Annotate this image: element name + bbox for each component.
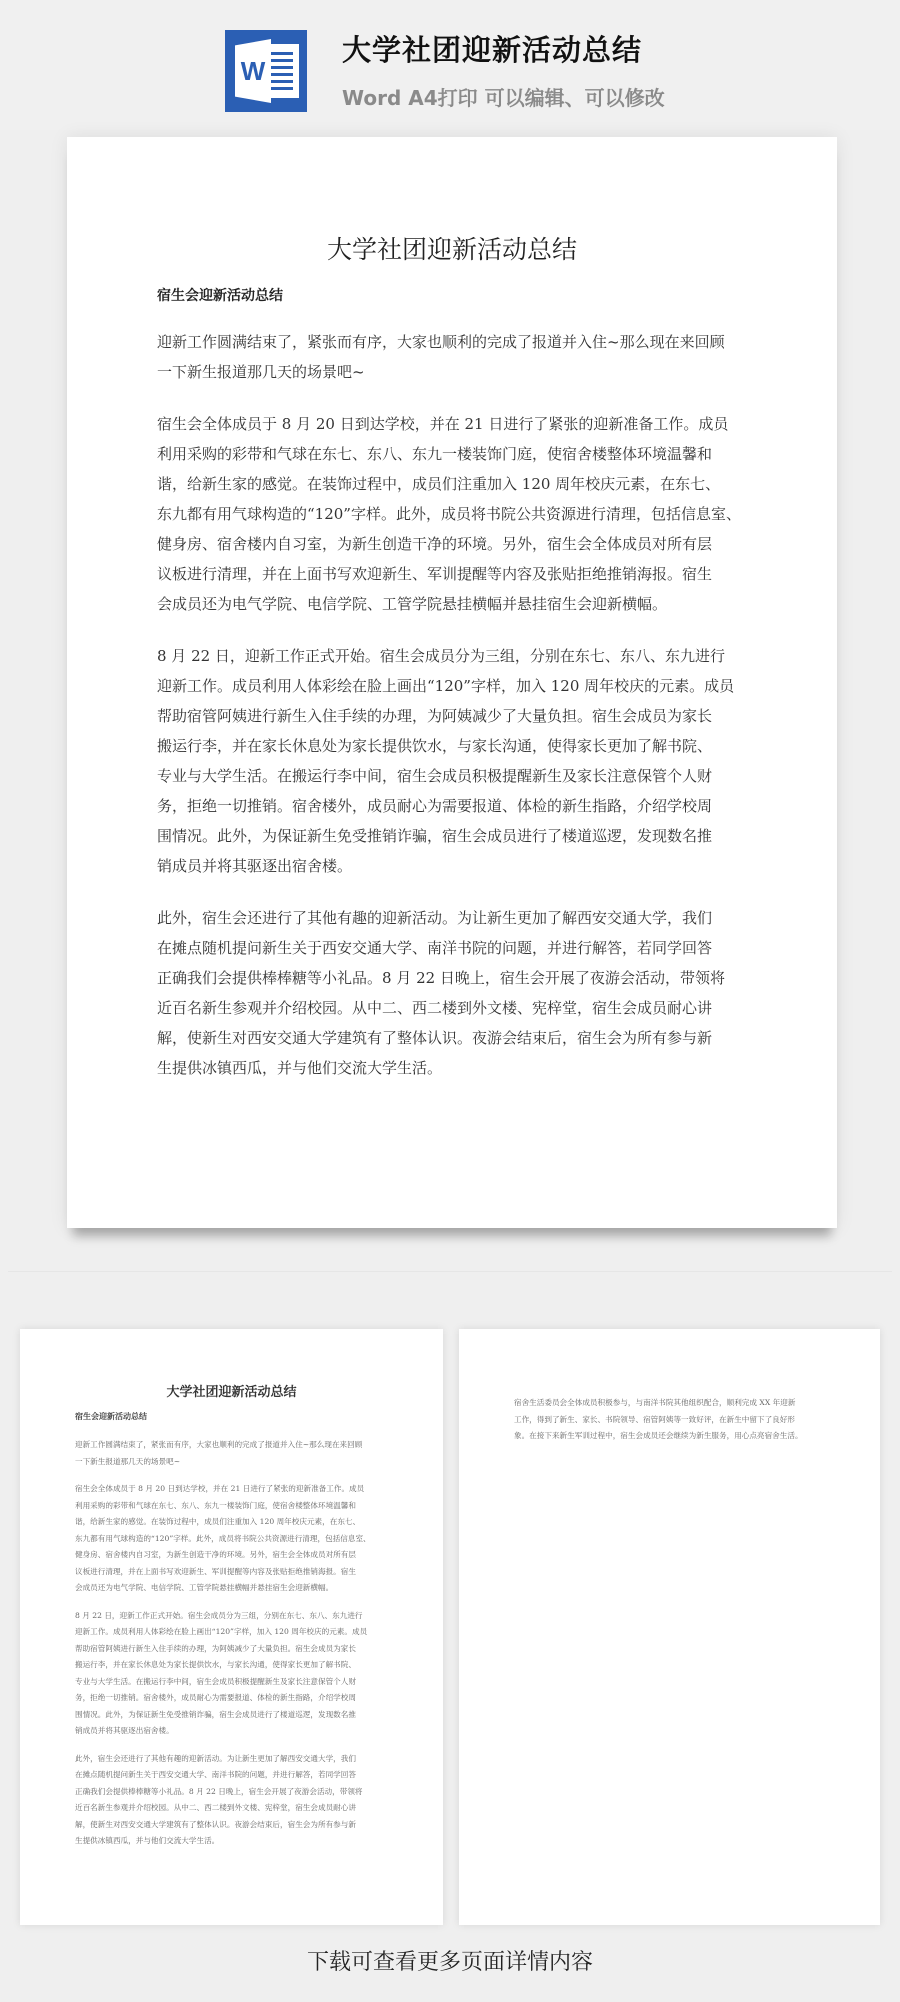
text-line: 谐，给新生家的感觉。在装饰过程中，成员们注重加入 120 周年校庆元素，在东七、: [157, 469, 755, 499]
paragraph: 8 月 22 日，迎新工作正式开始。宿生会成员分为三组，分别在东七、东八、东九进…: [157, 641, 755, 881]
paragraph: 迎新工作圆满结束了，紧张而有序，大家也顺利的完成了报道并入住~那么现在来回顾一下…: [75, 1437, 393, 1470]
page-thumbnail-2[interactable]: 宿舍生活委员会全体成员积极参与，与南洋书院其他组织配合，顺利完成 XX 年迎新工…: [459, 1329, 880, 1925]
text-line: 此外，宿生会还进行了其他有趣的迎新活动。为让新生更加了解西安交通大学，我们: [75, 1751, 393, 1768]
document-body: 迎新工作圆满结束了，紧张而有序，大家也顺利的完成了报道并入住~那么现在来回顾一下…: [157, 327, 755, 1105]
text-line: 一下新生报道那几天的场景吧~: [157, 357, 755, 387]
thumbnail-body: 宿舍生活委员会全体成员积极参与，与南洋书院其他组织配合，顺利完成 XX 年迎新工…: [514, 1395, 832, 1456]
document-title: 大学社团迎新活动总结: [67, 230, 837, 266]
text-line: 象。在接下来新生军训过程中，宿生会成员还会继续为新生服务，用心点亮宿舍生活。: [514, 1428, 832, 1445]
text-line: 宿舍生活委员会全体成员积极参与，与南洋书院其他组织配合，顺利完成 XX 年迎新: [514, 1395, 832, 1412]
text-line: 销成员并将其驱逐出宿舍楼。: [75, 1723, 393, 1740]
text-line: 议板进行清理，并在上面书写欢迎新生、军训提醒等内容及张贴拒绝推销海报。宿生: [157, 559, 755, 589]
text-line: 议板进行清理，并在上面书写欢迎新生、军训提醒等内容及张贴拒绝推销海报。宿生: [75, 1564, 393, 1581]
paragraph: 此外，宿生会还进行了其他有趣的迎新活动。为让新生更加了解西安交通大学，我们在摊点…: [75, 1751, 393, 1850]
text-line: 迎新工作。成员利用人体彩绘在脸上画出“120”字样，加入 120 周年校庆的元素…: [75, 1624, 393, 1641]
text-line: 专业与大学生活。在搬运行李中间，宿生会成员积极提醒新生及家长注意保管个人财: [157, 761, 755, 791]
text-line: 围情况。此外，为保证新生免受推销诈骗，宿生会成员进行了楼道巡逻，发现数名推: [75, 1707, 393, 1724]
text-line: 正确我们会提供棒棒糖等小礼品。8 月 22 日晚上，宿生会开展了夜游会活动，带领…: [157, 963, 755, 993]
text-line: 生提供冰镇西瓜，并与他们交流大学生活。: [157, 1053, 755, 1083]
text-line: 在摊点随机提问新生关于西安交通大学、南洋书院的问题，并进行解答，若同学回答: [75, 1767, 393, 1784]
text-line: 解，使新生对西安交通大学建筑有了整体认识。夜游会结束后，宿生会为所有参与新: [157, 1023, 755, 1053]
header-title: 大学社团迎新活动总结: [342, 28, 642, 69]
paragraph: 迎新工作圆满结束了，紧张而有序，大家也顺利的完成了报道并入住~那么现在来回顾一下…: [157, 327, 755, 387]
paragraph: 宿生会全体成员于 8 月 20 日到达学校，并在 21 日进行了紧张的迎新准备工…: [75, 1481, 393, 1597]
header-subtitle: Word A4打印 可以编辑、可以修改: [342, 82, 665, 111]
text-line: 利用采购的彩带和气球在东七、东八、东九一楼装饰门庭，使宿舍楼整体环境温馨和: [157, 439, 755, 469]
text-line: 谐，给新生家的感觉。在装饰过程中，成员们注重加入 120 周年校庆元素，在东七、: [75, 1514, 393, 1531]
text-line: 8 月 22 日，迎新工作正式开始。宿生会成员分为三组，分别在东七、东八、东九进…: [75, 1608, 393, 1625]
text-line: 东九都有用气球构造的“120”字样。此外，成员将书院公共资源进行清理，包括信息室…: [157, 499, 755, 529]
text-line: 迎新工作圆满结束了，紧张而有序，大家也顺利的完成了报道并入住~那么现在来回顾: [75, 1437, 393, 1454]
text-line: 近百名新生参观并介绍校园。从中二、西二楼到外文楼、宪梓堂，宿生会成员耐心讲: [157, 993, 755, 1023]
text-line: 帮助宿管阿姨进行新生入住手续的办理，为阿姨减少了大量负担。宿生会成员为家长: [157, 701, 755, 731]
download-more-hint: 下载可查看更多页面详情内容: [0, 1945, 900, 1976]
paragraph: 8 月 22 日，迎新工作正式开始。宿生会成员分为三组，分别在东七、东八、东九进…: [75, 1608, 393, 1740]
section-divider: [8, 1271, 892, 1272]
thumbnail-title: 大学社团迎新活动总结: [20, 1381, 443, 1400]
page-thumbnail-1[interactable]: 大学社团迎新活动总结 宿生会迎新活动总结 迎新工作圆满结束了，紧张而有序，大家也…: [20, 1329, 443, 1925]
paragraph: 宿舍生活委员会全体成员积极参与，与南洋书院其他组织配合，顺利完成 XX 年迎新工…: [514, 1395, 832, 1445]
text-line: 解，使新生对西安交通大学建筑有了整体认识。夜游会结束后，宿生会为所有参与新: [75, 1817, 393, 1834]
text-line: 此外，宿生会还进行了其他有趣的迎新活动。为让新生更加了解西安交通大学，我们: [157, 903, 755, 933]
text-line: 宿生会全体成员于 8 月 20 日到达学校，并在 21 日进行了紧张的迎新准备工…: [157, 409, 755, 439]
text-line: 在摊点随机提问新生关于西安交通大学、南洋书院的问题，并进行解答，若同学回答: [157, 933, 755, 963]
text-line: 宿生会全体成员于 8 月 20 日到达学校，并在 21 日进行了紧张的迎新准备工…: [75, 1481, 393, 1498]
thumbnail-subtitle: 宿生会迎新活动总结: [75, 1411, 147, 1422]
text-line: 健身房、宿舍楼内自习室，为新生创造干净的环境。另外，宿生会全体成员对所有层: [75, 1547, 393, 1564]
text-line: 健身房、宿舍楼内自习室，为新生创造干净的环境。另外，宿生会全体成员对所有层: [157, 529, 755, 559]
text-line: 8 月 22 日，迎新工作正式开始。宿生会成员分为三组，分别在东七、东八、东九进…: [157, 641, 755, 671]
paragraph: 此外，宿生会还进行了其他有趣的迎新活动。为让新生更加了解西安交通大学，我们在摊点…: [157, 903, 755, 1083]
text-line: 务，拒绝一切推销。宿舍楼外，成员耐心为需要报道、体检的新生指路，介绍学校周: [157, 791, 755, 821]
text-line: 利用采购的彩带和气球在东七、东八、东九一楼装饰门庭，使宿舍楼整体环境温馨和: [75, 1498, 393, 1515]
paragraph: 宿生会全体成员于 8 月 20 日到达学校，并在 21 日进行了紧张的迎新准备工…: [157, 409, 755, 619]
text-line: 会成员还为电气学院、电信学院、工管学院悬挂横幅并悬挂宿生会迎新横幅。: [75, 1580, 393, 1597]
thumbnail-body: 迎新工作圆满结束了，紧张而有序，大家也顺利的完成了报道并入住~那么现在来回顾一下…: [75, 1437, 393, 1861]
text-line: 正确我们会提供棒棒糖等小礼品。8 月 22 日晚上，宿生会开展了夜游会活动，带领…: [75, 1784, 393, 1801]
word-document-icon: W: [225, 30, 307, 112]
text-line: 会成员还为电气学院、电信学院、工管学院悬挂横幅并悬挂宿生会迎新横幅。: [157, 589, 755, 619]
text-line: 搬运行李，并在家长休息处为家长提供饮水，与家长沟通，使得家长更加了解书院、: [75, 1657, 393, 1674]
text-line: 专业与大学生活。在搬运行李中间，宿生会成员积极提醒新生及家长注意保管个人财: [75, 1674, 393, 1691]
word-letter: W: [237, 56, 269, 87]
text-line: 一下新生报道那几天的场景吧~: [75, 1454, 393, 1471]
text-line: 近百名新生参观并介绍校园。从中二、西二楼到外文楼、宪梓堂，宿生会成员耐心讲: [75, 1800, 393, 1817]
text-line: 工作，得到了新生、家长、书院领导、宿管阿姨等一致好评，在新生中留下了良好形: [514, 1412, 832, 1429]
text-line: 销成员并将其驱逐出宿舍楼。: [157, 851, 755, 881]
text-line: 围情况。此外，为保证新生免受推销诈骗，宿生会成员进行了楼道巡逻，发现数名推: [157, 821, 755, 851]
text-line: 迎新工作圆满结束了，紧张而有序，大家也顺利的完成了报道并入住~那么现在来回顾: [157, 327, 755, 357]
text-line: 生提供冰镇西瓜，并与他们交流大学生活。: [75, 1833, 393, 1850]
document-subtitle: 宿生会迎新活动总结: [157, 285, 283, 305]
text-line: 迎新工作。成员利用人体彩绘在脸上画出“120”字样，加入 120 周年校庆的元素…: [157, 671, 755, 701]
header-banner: W 大学社团迎新活动总结 Word A4打印 可以编辑、可以修改: [0, 0, 900, 130]
text-line: 帮助宿管阿姨进行新生入住手续的办理，为阿姨减少了大量负担。宿生会成员为家长: [75, 1641, 393, 1658]
text-line: 务，拒绝一切推销。宿舍楼外，成员耐心为需要报道、体检的新生指路，介绍学校周: [75, 1690, 393, 1707]
text-line: 东九都有用气球构造的“120”字样。此外，成员将书院公共资源进行清理，包括信息室…: [75, 1531, 393, 1548]
document-page-preview: 大学社团迎新活动总结 宿生会迎新活动总结 迎新工作圆满结束了，紧张而有序，大家也…: [67, 137, 837, 1228]
text-line: 搬运行李，并在家长休息处为家长提供饮水，与家长沟通，使得家长更加了解书院、: [157, 731, 755, 761]
